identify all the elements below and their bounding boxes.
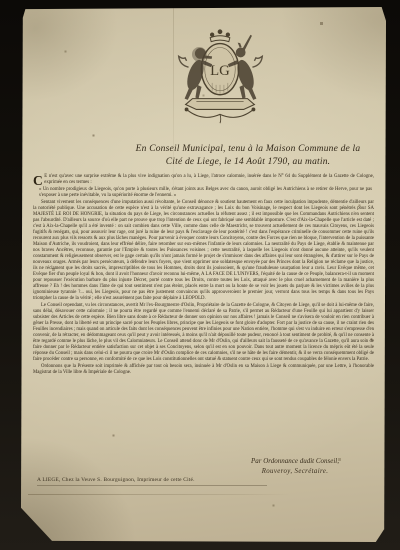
paragraph-text: E n'est qu'avec une surprise extrême & l… (44, 174, 374, 185)
signature-ordinance-line: Par Ordonnance dudit Conseil, (220, 457, 370, 467)
pedestal-and-garland-icon (185, 99, 255, 124)
signature-name: Rouveroy, Secrétaire. (220, 467, 370, 477)
printer-imprint: A LIEGE, Chez la Veuve S. Bourguignon, I… (37, 477, 267, 486)
body-paragraph: Le Conseil cependant, vu les circonstanc… (33, 303, 374, 363)
shield-monogram: LG (210, 63, 230, 79)
body-paragraph: CE n'est qu'avec une surprise extrême & … (33, 174, 374, 186)
body-paragraph: Sentant vivement les conséquences d'une … (33, 200, 374, 302)
paper-speckles (21, 7, 22, 8)
coat-of-arms: LG (161, 27, 279, 127)
heading-line-1: En Conseil Municipal, tenu à la Maison C… (117, 143, 379, 156)
crown-icon (210, 30, 230, 42)
quoted-gazette-passage: « Un nombre prodigieux de Liegeois, qu'o… (39, 187, 372, 199)
heading-line-2: Cité de Liege, le 14 Août 1790, au matin… (117, 156, 379, 169)
drop-cap: C (33, 174, 44, 186)
document-page: LG (21, 7, 386, 542)
document-heading: En Conseil Municipal, tenu à la Maison C… (117, 143, 379, 168)
coat-of-arms-engraving: LG (161, 27, 279, 127)
document-body: CE n'est qu'avec une surprise extrême & … (33, 174, 374, 377)
paper-crease-horizontal (28, 494, 291, 495)
shield-icon: LG (201, 44, 238, 95)
body-paragraph: Ordonnons que la Présente soit imprimée … (33, 364, 374, 376)
signature-block: Par Ordonnance dudit Conseil, Rouveroy, … (220, 457, 370, 476)
